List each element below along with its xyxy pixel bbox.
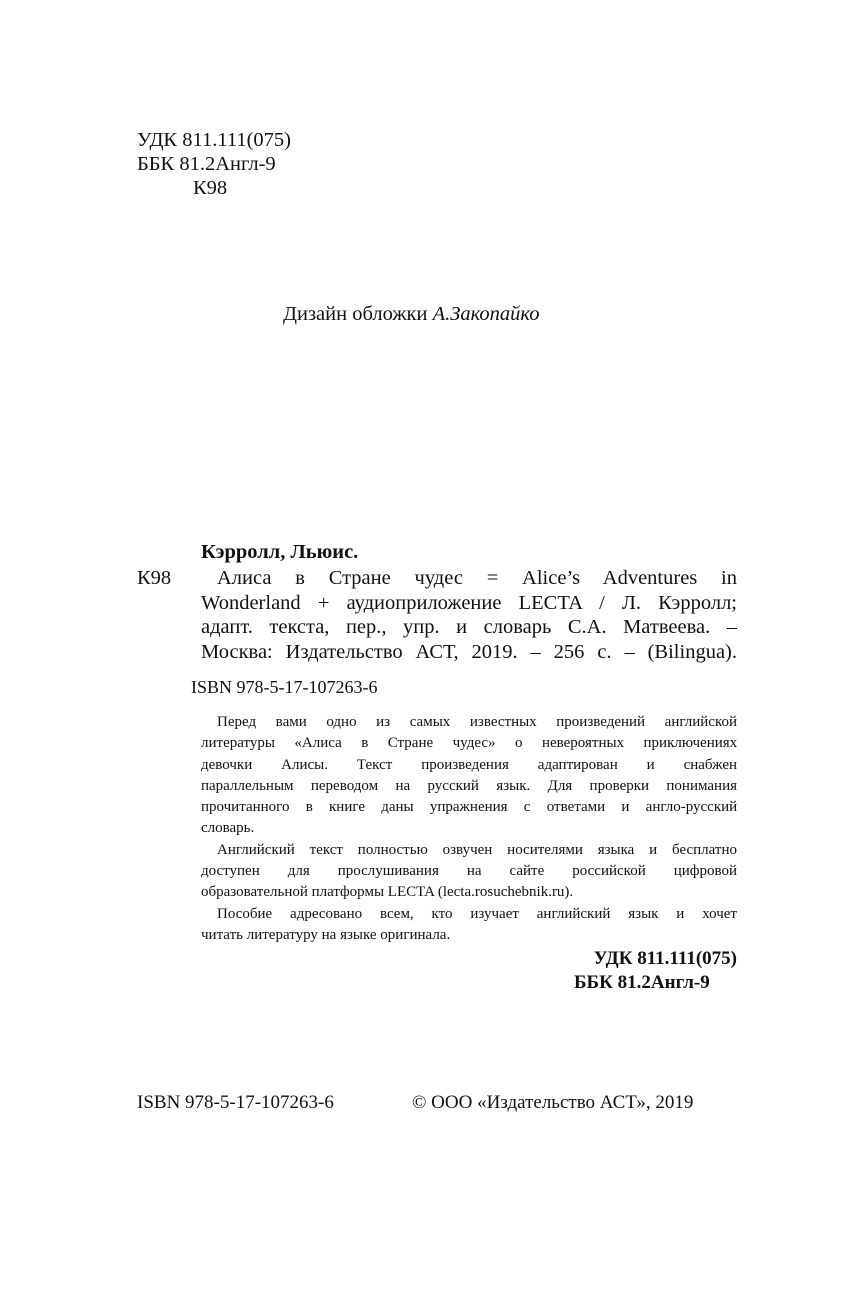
- bbk-code-top: ББК 81.2Англ-9: [137, 152, 276, 176]
- catalog-author-mark: К98: [137, 566, 171, 590]
- annotation-line: читать литературу на языке оригинала.: [201, 925, 737, 946]
- catalog-description-line: Москва: Издательство АСТ, 2019. – 256 с.…: [201, 640, 737, 665]
- catalog-description-line: Алиса в Стране чудес = Alice’s Adventure…: [201, 566, 737, 591]
- annotation-line: параллельным переводом на русский язык. …: [201, 776, 737, 797]
- annotation-line: словарь.: [201, 818, 737, 839]
- catalog-isbn: ISBN 978-5-17-107263-6: [191, 677, 378, 698]
- cover-design-label: Дизайн обложки: [283, 303, 433, 325]
- annotation-line: девочки Алисы. Текст произведения адапти…: [201, 755, 737, 776]
- annotation-line: Английский текст полностью озвучен носит…: [201, 840, 737, 861]
- annotation-line: прочитанного в книге даны упражнения с о…: [201, 797, 737, 818]
- bbk-code-bottom: ББК 81.2Англ-9: [574, 972, 710, 994]
- cover-design-credit: Дизайн обложки А.Закопайко: [283, 302, 540, 326]
- annotation-paragraph: Английский текст полностью озвучен носит…: [201, 840, 737, 904]
- annotation-line: литературы «Алиса в Стране чудес» о неве…: [201, 733, 737, 754]
- annotation-paragraph: Перед вами одно из самых известных произ…: [201, 712, 737, 840]
- annotation-line: образовательной платформы LECTA (lecta.r…: [201, 882, 737, 903]
- annotation-paragraph: Пособие адресовано всем, кто изучает анг…: [201, 904, 737, 947]
- cover-designer-name: А.Закопайко: [433, 303, 540, 325]
- udk-code-top: УДК 811.111(075): [137, 128, 291, 152]
- copyright-notice: © ООО «Издательство АСТ», 2019: [412, 1092, 693, 1114]
- author-mark-top: К98: [193, 176, 227, 200]
- catalog-description-line: Wonderland + аудиоприложение LECTA / Л. …: [201, 591, 737, 616]
- catalog-author: Кэрролл, Льюис.: [201, 540, 358, 564]
- annotation-line: доступен для прослушивания на сайте росс…: [201, 861, 737, 882]
- annotation-line: Пособие адресовано всем, кто изучает анг…: [201, 904, 737, 925]
- catalog-description-line: адапт. текста, пер., упр. и словарь С.А.…: [201, 615, 737, 640]
- catalog-description: Алиса в Стране чудес = Alice’s Adventure…: [201, 566, 737, 664]
- udk-code-bottom: УДК 811.111(075): [594, 948, 737, 970]
- footer-isbn: ISBN 978-5-17-107263-6: [137, 1092, 334, 1114]
- annotation-line: Перед вами одно из самых известных произ…: [201, 712, 737, 733]
- annotation: Перед вами одно из самых известных произ…: [201, 712, 737, 946]
